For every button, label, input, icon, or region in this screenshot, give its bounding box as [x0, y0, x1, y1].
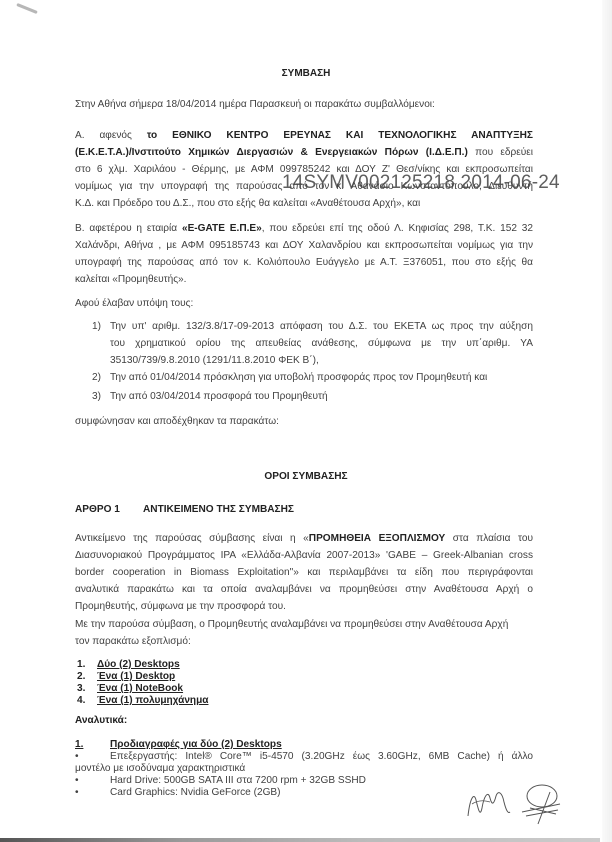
signatures-icon [460, 778, 570, 828]
article-title: ΑΝΤΙΚΕΙΜΕΝΟ ΤΗΣ ΣΥΜΒΑΣΗΣ [143, 503, 294, 517]
analytics-label: Αναλυτικά: [75, 714, 127, 728]
equipment-3-num: 3. [77, 683, 85, 695]
party-b-line-4: καλείται «Προμηθευτής». [75, 273, 186, 287]
equipment-1-num: 1. [77, 659, 85, 671]
page-edge-shadow [602, 0, 612, 842]
object-line-5: Προμηθευτής, σύμφωνα με την προσφορά του… [75, 600, 286, 614]
intro-text: Στην Αθήνα σήμερα 18/04/2014 ημέρα Παρασ… [75, 98, 435, 112]
party-b-prefix: Β. αφετέρου η εταιρία [75, 223, 182, 234]
object-prefix: Αντικείμενο της παρούσας σύμβασης είναι … [75, 533, 309, 544]
party-a-line-2: (Ε.Κ.Ε.Τ.Α.)/Ινστιτούτο Χημικών Διεργασι… [75, 146, 533, 160]
bullet-icon: • [75, 751, 79, 763]
equipment-3-label: Ένα (1) NoteBook [97, 683, 183, 695]
object-line-2: Διασυνοριακού Προγράμματος IPA «Ελλάδα-Α… [75, 549, 533, 563]
document-page: ΣΥΜΒΑΣΗ Στην Αθήνα σήμερα 18/04/2014 ημέ… [0, 0, 612, 842]
spec-section-num: 1. [75, 739, 83, 751]
consideration-1-line-2: του χρηματικού ορίου της απευθείας ανάθε… [110, 337, 533, 351]
supply-line-1: Με την παρούσα σύμβαση, ο Προμηθευτής αν… [75, 618, 508, 632]
registry-stamp: 14SYMV002125218 2014-06-24 [282, 172, 560, 194]
consideration-2-text: Την από 01/04/2014 πρόσκληση για υποβολή… [110, 371, 487, 385]
object-line-4: αναλυτικά παρακάτω και τα οποία αναλαμβά… [75, 583, 533, 597]
party-a-prefix: Α. αφενός [75, 130, 147, 141]
object-line-1: Αντικείμενο της παρούσας σύμβασης είναι … [75, 532, 533, 546]
equipment-2-label: Ένα (1) Desktop [97, 671, 175, 683]
scan-artifact [16, 3, 38, 14]
object-line-3: border cooperation in Biomass Exploitati… [75, 566, 533, 580]
supply-line-2: τον παρακάτω εξοπλισμό: [75, 635, 191, 649]
party-a-seat: που εδρεύει [468, 147, 533, 158]
party-b-address: , που εδρεύει επί της οδού Λ. Κηφισίας 2… [262, 223, 533, 234]
consideration-3-text: Την από 03/04/2014 προσφορά του Προμηθευ… [110, 390, 328, 404]
bullet-icon: • [75, 775, 79, 787]
equipment-4-num: 4. [77, 695, 85, 707]
consideration-1-num: 1) [92, 320, 101, 334]
party-a-line-5: Κ.Δ. και Πρόεδρο του Δ.Σ., που στο εξής … [75, 197, 420, 211]
spec-section-title: Προδιαγραφές για δύο (2) Desktops [110, 739, 282, 751]
consideration-1-line-3: 35130/739/9.8.2010 (1291/11.8.2010 ΦΕΚ Β… [110, 354, 319, 368]
spec-cpu-line-1: Επεξεργαστής: Intel® Core™ i5-4570 (3.20… [110, 751, 533, 763]
party-b-line-1: Β. αφετέρου η εταιρία «E-GATE Ε.Π.Ε», πο… [75, 222, 533, 236]
document-title: ΣΥΜΒΑΣΗ [0, 67, 612, 81]
bullet-icon: • [75, 787, 79, 799]
consideration-3-num: 3) [92, 390, 101, 404]
object-supply-title: ΠΡΟΜΗΘΕΙΑ ΕΞΟΠΛΙΣΜΟΥ [309, 533, 445, 544]
party-a-org-name: το ΕΘΝΙΚΟ ΚΕΝΤΡΟ ΕΡΕΥΝΑΣ ΚΑΙ ΤΕΧΝΟΛΟΓΙΚΗ… [147, 130, 533, 141]
page-bottom-edge [0, 838, 600, 842]
spec-graphics: Card Graphics: Nvidia GeForce (2GB) [110, 787, 281, 799]
party-a-line-1: Α. αφενός το ΕΘΝΙΚΟ ΚΕΝΤΡΟ ΕΡΕΥΝΑΣ ΚΑΙ Τ… [75, 129, 533, 143]
party-b-line-3: υπογραφή της παρούσας από τον κ. Κολιόπο… [75, 256, 533, 270]
equipment-1-label: Δύο (2) Desktops [97, 659, 180, 671]
terms-title: ΟΡΟΙ ΣΥΜΒΑΣΗΣ [0, 470, 612, 484]
party-b-line-2: Χαλάνδρι, Αθήνα , με ΑΦΜ 095185743 και Δ… [75, 239, 533, 253]
consideration-2-num: 2) [92, 371, 101, 385]
equipment-2-num: 2. [77, 671, 85, 683]
article-label: ΑΡΘΡΟ 1 [75, 503, 120, 517]
spec-hard-drive: Hard Drive: 500GB SATA III στα 7200 rpm … [110, 775, 366, 787]
object-suffix: στα πλαίσια του [445, 533, 533, 544]
consideration-1-line-1: Την υπ' αριθμ. 132/3.8/17-09-2013 απόφασ… [110, 320, 533, 334]
party-a-institute: (Ε.Κ.Ε.Τ.Α.)/Ινστιτούτο Χημικών Διεργασι… [75, 147, 468, 158]
party-b-company: «E-GATE Ε.Π.Ε» [182, 223, 262, 234]
equipment-4-label: Ένα (1) πολυμηχάνημα [97, 695, 208, 707]
agreed-text: συμφώνησαν και αποδέχθηκαν τα παρακάτω: [75, 415, 279, 429]
spec-cpu-line-2: μοντέλο με ισοδύναμα χαρακτηριστικά [75, 763, 245, 775]
considering-label: Αφού έλαβαν υπόψη τους: [75, 297, 193, 311]
